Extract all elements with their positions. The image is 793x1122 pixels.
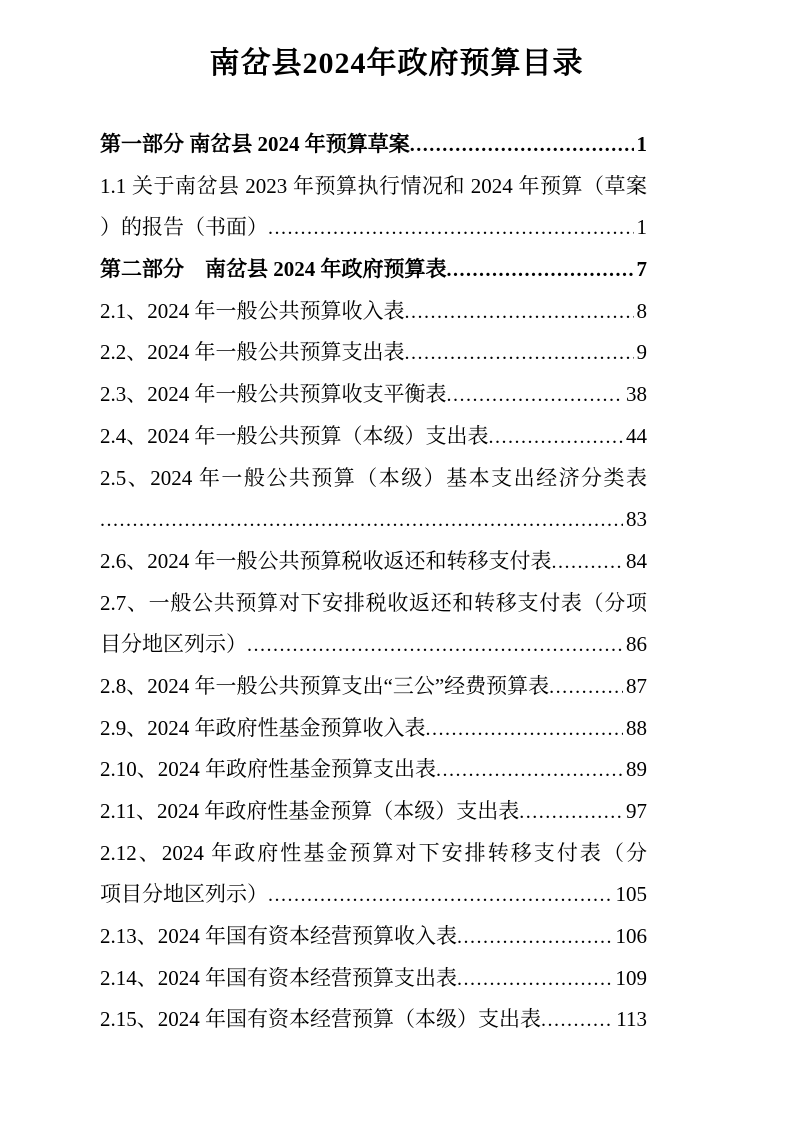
dot-leader	[489, 417, 624, 459]
dot-leader	[549, 667, 623, 709]
dot-leader	[457, 917, 613, 959]
dot-leader	[541, 1000, 613, 1042]
toc-entry-text: 2.15、2024 年国有资本经营预算（本级）支出表	[100, 999, 541, 1041]
toc-page-number: 9	[634, 332, 648, 374]
toc-entry-text: 2.14、2024 年国有资本经营预算支出表	[100, 958, 457, 1000]
toc-page-number: 109	[613, 958, 648, 1000]
dot-leader	[410, 125, 634, 167]
toc-page-number: 88	[623, 708, 647, 750]
toc-entry-text: 2.7、一般公共预算对下安排税收返还和转移支付表（分项	[100, 591, 647, 615]
toc-page-number: 8	[634, 291, 648, 333]
dot-leader	[247, 625, 623, 667]
document-page: 南岔县2024年政府预算目录 第一部分 南岔县 2024 年预算草案 1 1.1…	[0, 0, 793, 1122]
toc-page-number: 1	[634, 124, 648, 166]
toc-entry-text: 2.9、2024 年政府性基金预算收入表	[100, 708, 426, 750]
toc-entry-text: 项目分地区列示）	[100, 874, 268, 916]
toc-line: 1.1 关于南岔县 2023 年预算执行情况和 2024 年预算（草案	[100, 166, 647, 208]
toc-entry-text: 2.1、2024 年一般公共预算收入表	[100, 291, 405, 333]
toc-entry-text: 2.2、2024 年一般公共预算支出表	[100, 332, 405, 374]
toc-line: 目分地区列示） 86	[100, 624, 647, 666]
toc-entry-text: 2.5、2024 年一般公共预算（本级）基本支出经济分类表	[100, 466, 647, 490]
dot-leader	[447, 375, 624, 417]
toc-line: 2.13、2024 年国有资本经营预算收入表 106	[100, 916, 647, 958]
toc-page-number: 113	[613, 999, 647, 1041]
dot-leader	[405, 333, 634, 375]
toc-entry-text: 2.6、2024 年一般公共预算税收返还和转移支付表	[100, 541, 552, 583]
toc-page-number: 87	[623, 666, 647, 708]
dot-leader	[100, 500, 623, 542]
dot-leader	[268, 875, 613, 917]
toc-line: 2.7、一般公共预算对下安排税收返还和转移支付表（分项	[100, 583, 647, 625]
table-of-contents: 第一部分 南岔县 2024 年预算草案 1 1.1 关于南岔县 2023 年预算…	[0, 124, 793, 1041]
toc-entry-text: 目分地区列示）	[100, 624, 247, 666]
toc-line: 项目分地区列示） 105	[100, 874, 647, 916]
toc-line: 2.2、2024 年一般公共预算支出表 9	[100, 332, 647, 374]
toc-page-number: 7	[634, 249, 648, 291]
toc-line: 2.5、2024 年一般公共预算（本级）基本支出经济分类表	[100, 458, 647, 500]
page-title: 南岔县2024年政府预算目录	[0, 0, 793, 84]
toc-page-number: 1	[634, 207, 648, 249]
dot-leader	[436, 750, 623, 792]
toc-line: 2.10、2024 年政府性基金预算支出表 89	[100, 749, 647, 791]
dot-leader	[457, 959, 613, 1001]
toc-entry-text: 2.8、2024 年一般公共预算支出“三公”经费预算表	[100, 666, 549, 708]
toc-entry-text: 2.13、2024 年国有资本经营预算收入表	[100, 916, 457, 958]
toc-entry-text: 1.1 关于南岔县 2023 年预算执行情况和 2024 年预算（草案	[100, 174, 647, 198]
toc-page-number: 38	[623, 374, 647, 416]
toc-line: 2.14、2024 年国有资本经营预算支出表 109	[100, 958, 647, 1000]
toc-line: 2.9、2024 年政府性基金预算收入表 88	[100, 708, 647, 750]
toc-entry-text: 2.11、2024 年政府性基金预算（本级）支出表	[100, 791, 519, 833]
toc-page-number: 105	[613, 874, 648, 916]
toc-line: 第二部分 南岔县 2024 年政府预算表 7	[100, 249, 647, 291]
dot-leader	[447, 250, 634, 292]
toc-page-number: 84	[623, 541, 647, 583]
toc-entry-text: 2.4、2024 年一般公共预算（本级）支出表	[100, 416, 489, 458]
toc-line: 2.1、2024 年一般公共预算收入表 8	[100, 291, 647, 333]
dot-leader	[519, 792, 623, 834]
toc-line: 2.11、2024 年政府性基金预算（本级）支出表 97	[100, 791, 647, 833]
toc-entry-text: 第二部分 南岔县 2024 年政府预算表	[100, 249, 447, 291]
toc-entry-text: 第一部分 南岔县 2024 年预算草案	[100, 124, 410, 166]
toc-line: 第一部分 南岔县 2024 年预算草案 1	[100, 124, 647, 166]
toc-line: 2.3、2024 年一般公共预算收支平衡表 38	[100, 374, 647, 416]
toc-line: 2.12、2024 年政府性基金预算对下安排转移支付表（分	[100, 833, 647, 875]
dot-leader	[268, 208, 634, 250]
toc-entry-text: 2.12、2024 年政府性基金预算对下安排转移支付表（分	[100, 841, 647, 865]
toc-page-number: 89	[623, 749, 647, 791]
toc-line: 2.6、2024 年一般公共预算税收返还和转移支付表 84	[100, 541, 647, 583]
toc-page-number: 86	[623, 624, 647, 666]
toc-entry-text: 2.10、2024 年政府性基金预算支出表	[100, 749, 436, 791]
toc-line: ）的报告（书面） 1	[100, 207, 647, 249]
dot-leader	[405, 292, 634, 334]
toc-entry-text: ）的报告（书面）	[100, 207, 268, 249]
toc-page-number: 44	[623, 416, 647, 458]
toc-line: 2.8、2024 年一般公共预算支出“三公”经费预算表 87	[100, 666, 647, 708]
toc-page-number: 97	[623, 791, 647, 833]
toc-line: 83	[100, 499, 647, 541]
dot-leader	[552, 542, 624, 584]
toc-line: 2.4、2024 年一般公共预算（本级）支出表 44	[100, 416, 647, 458]
toc-page-number: 83	[623, 499, 647, 541]
dot-leader	[426, 709, 624, 751]
toc-line: 2.15、2024 年国有资本经营预算（本级）支出表 113	[100, 999, 647, 1041]
toc-entry-text: 2.3、2024 年一般公共预算收支平衡表	[100, 374, 447, 416]
toc-page-number: 106	[613, 916, 648, 958]
